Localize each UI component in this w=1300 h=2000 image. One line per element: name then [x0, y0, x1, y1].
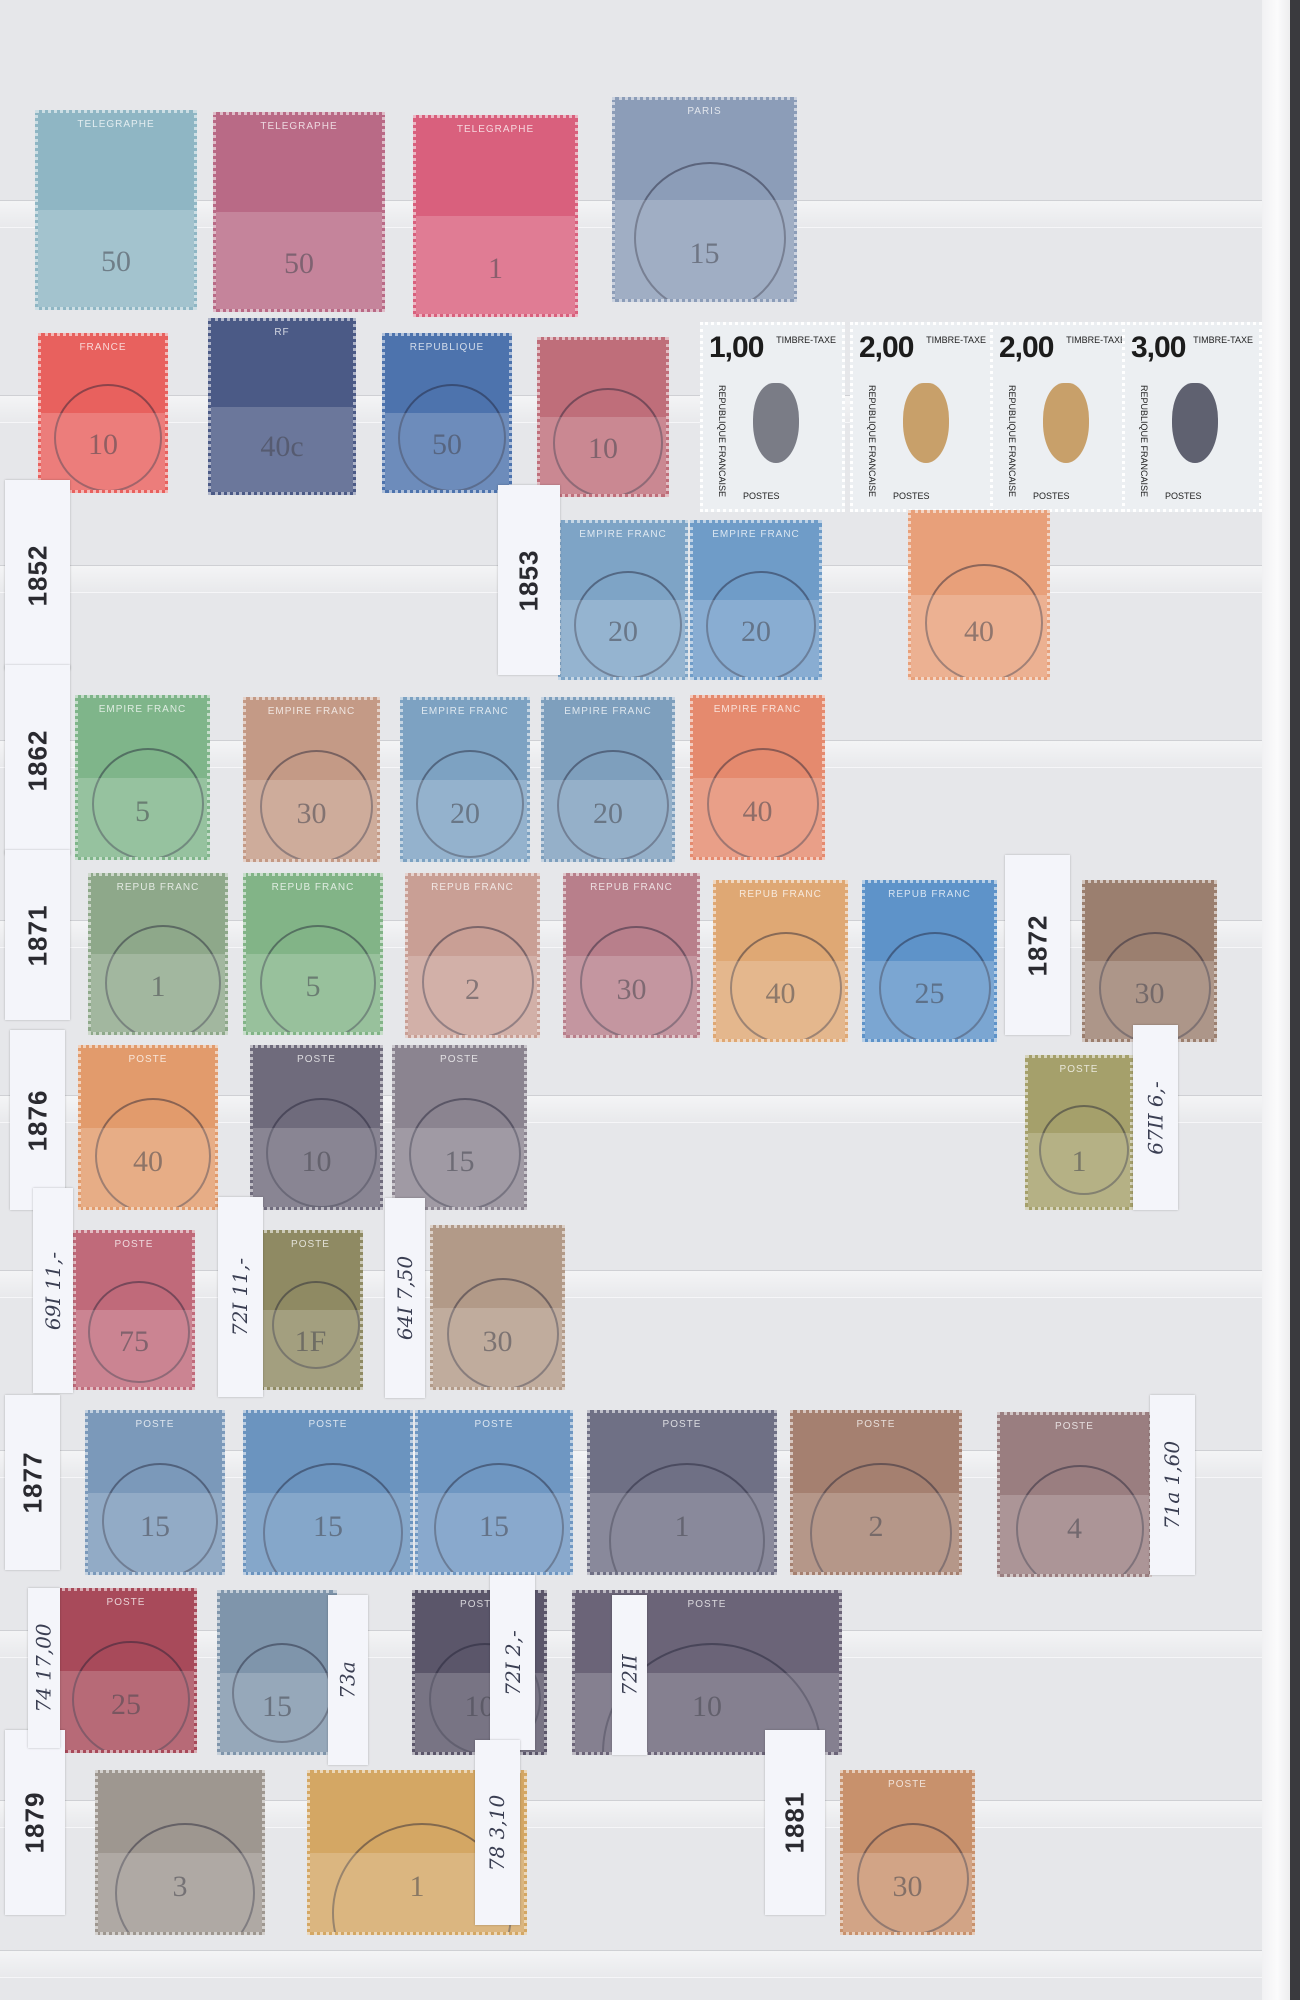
stamp-footer: POSTES: [893, 491, 930, 501]
catalogue-price-label: 64I 7,50: [385, 1198, 425, 1398]
label-text: 72I 11,-: [229, 1258, 253, 1336]
year-text: 1881: [780, 1792, 811, 1854]
stamp-caption: POSTE: [253, 1054, 380, 1065]
stamp-footer: POSTES: [743, 491, 780, 501]
stamp-caption: POSTE: [1000, 1421, 1149, 1432]
catalogue-price-label: 73a: [328, 1595, 368, 1765]
stamp: REPUB FRANC5: [243, 873, 383, 1035]
stamp: EMPIRE FRANC20: [400, 697, 530, 862]
stamp: TELEGRAPHE1: [413, 115, 578, 317]
stamp: POSTE15: [243, 1410, 413, 1575]
stamp: POSTE75: [73, 1230, 195, 1390]
stamp: EMPIRE FRANC40: [690, 695, 825, 860]
stamp: POSTE40: [78, 1045, 218, 1210]
stamp: REPUB FRANC30: [563, 873, 700, 1038]
stamp: POSTE1: [587, 1410, 777, 1575]
year-label-1876: 1876: [10, 1030, 65, 1210]
insect-postage-due-stamp: 3,00 TIMBRE-TAXE REPUBLIQUE FRANCAISE PO…: [1122, 322, 1262, 512]
stamp-country: REPUBLIQUE FRANCAISE: [1139, 385, 1149, 497]
catalogue-price-label: 67II 6,-: [1133, 1025, 1178, 1210]
year-text: 1871: [22, 904, 53, 966]
stamp: EMPIRE FRANC30: [243, 697, 380, 862]
album-binding: [1290, 0, 1300, 2000]
stamp-caption: REPUB FRANC: [865, 889, 994, 900]
year-text: 1879: [20, 1792, 51, 1854]
stamp: FRANCE10: [38, 333, 168, 493]
stamp-footer: POSTES: [1165, 491, 1202, 501]
year-label-1872: 1872: [1005, 855, 1070, 1035]
glassine-strip: [0, 1950, 1262, 1978]
stamp-caption: POSTE: [261, 1239, 360, 1250]
stamp: PARIS15: [612, 97, 797, 302]
beetle-icon: [1172, 383, 1218, 463]
stamp: TELEGRAPHE50: [35, 110, 197, 310]
stamp-caption: EMPIRE FRANC: [544, 706, 672, 717]
stamp: POSTE1F: [258, 1230, 363, 1390]
stamp: EMPIRE FRANC20: [558, 520, 688, 680]
stamp-caption: TELEGRAPHE: [38, 119, 194, 130]
stamp-caption: FRANCE: [41, 342, 165, 353]
stamp-value: 2,00: [999, 331, 1053, 365]
stamp-caption: EMPIRE FRANC: [403, 706, 527, 717]
stamp: TELEGRAPHE50: [213, 112, 385, 312]
stamp-caption: POSTE: [843, 1779, 972, 1790]
stamp-footer: POSTES: [1033, 491, 1070, 501]
stamp: 10: [537, 337, 669, 497]
stamp: POSTE2: [790, 1410, 962, 1575]
stamp: 40: [908, 510, 1050, 680]
year-label-1853: 1853: [498, 485, 560, 675]
stamp-caption: REPUB FRANC: [716, 889, 845, 900]
stamp-header: TIMBRE-TAXE: [926, 335, 986, 345]
label-text: 64I 7,50: [393, 1256, 417, 1340]
stamp-caption: TELEGRAPHE: [416, 124, 575, 135]
stamp: RF40c: [208, 318, 356, 495]
year-text: 1852: [22, 544, 53, 606]
label-text: 78 3,10: [486, 1794, 510, 1870]
catalogue-price-label: 71a 1,60: [1150, 1395, 1195, 1575]
stamp-caption: EMPIRE FRANC: [561, 529, 685, 540]
catalogue-price-label: 72I 2,-: [490, 1575, 535, 1750]
year-label-1871: 1871: [5, 850, 70, 1020]
year-label-1879: 1879: [5, 1730, 65, 1915]
stamp: POSTE15: [392, 1045, 527, 1210]
label-text: 67II 6,-: [1144, 1081, 1168, 1154]
stamp: POSTE4: [997, 1412, 1152, 1577]
stamp-header: TIMBRE-TAXE: [1066, 335, 1126, 345]
year-text: 1862: [22, 729, 53, 791]
label-text: 71a 1,60: [1161, 1441, 1185, 1529]
stamp-caption: POSTE: [793, 1419, 959, 1430]
stamp-country: REPUBLIQUE FRANCAISE: [867, 385, 877, 497]
insect-postage-due-stamp: 2,00 TIMBRE-TAXE REPUBLIQUE FRANCAISE PO…: [990, 322, 1135, 512]
label-text: 74 17,00: [32, 1623, 56, 1712]
catalogue-price-label: 78 3,10: [475, 1740, 520, 1925]
stamp-caption: POSTE: [88, 1419, 222, 1430]
stamp-caption: POSTE: [590, 1419, 774, 1430]
stamp: REPUB FRANC40: [713, 880, 848, 1042]
year-text: 1877: [17, 1452, 48, 1514]
stamp: EMPIRE FRANC20: [690, 520, 822, 680]
stamp-header: TIMBRE-TAXE: [1193, 335, 1253, 345]
label-text: 72I 2,-: [501, 1630, 525, 1696]
stamp-caption: REPUBLIQUE: [385, 342, 509, 353]
stamp-header: TIMBRE-TAXE: [776, 335, 836, 345]
stamp-caption: POSTE: [395, 1054, 524, 1065]
year-text: 1853: [514, 549, 545, 611]
catalogue-price-label: 72II: [612, 1595, 647, 1755]
stamp: REPUB FRANC25: [862, 880, 997, 1042]
stamp: REPUB FRANC2: [405, 873, 540, 1038]
stamp-value: 1,00: [709, 331, 763, 365]
stamp-caption: POSTE: [76, 1239, 192, 1250]
stamp-caption: TELEGRAPHE: [216, 121, 382, 132]
stamp-country: REPUBLIQUE FRANCAISE: [717, 385, 727, 497]
stamp-caption: POSTE: [81, 1054, 215, 1065]
stamp: 30: [1082, 880, 1217, 1042]
year-label-1877: 1877: [5, 1395, 60, 1570]
stamp: EMPIRE FRANC5: [75, 695, 210, 860]
stamp-caption: EMPIRE FRANC: [78, 704, 207, 715]
stamp-caption: RF: [211, 327, 353, 338]
year-text: 1876: [22, 1089, 53, 1151]
year-label-1852: 1852: [5, 480, 70, 670]
beetle-icon: [753, 383, 799, 463]
stamp-value: 3,00: [1131, 331, 1185, 365]
stamp-caption: POSTE: [58, 1597, 194, 1608]
year-label-1881: 1881: [765, 1730, 825, 1915]
label-text: 73a: [336, 1661, 360, 1698]
stamp: POSTE15: [85, 1410, 225, 1575]
stamp-caption: EMPIRE FRANC: [693, 704, 822, 715]
stamp: POSTE15: [415, 1410, 573, 1575]
beetle-icon: [1043, 383, 1089, 463]
stamp: 15: [217, 1590, 337, 1755]
stamp-caption: POSTE: [418, 1419, 570, 1430]
stamp-country: REPUBLIQUE FRANCAISE: [1007, 385, 1017, 497]
label-text: 69I 11,-: [41, 1251, 65, 1329]
stamp-value: 2,00: [859, 331, 913, 365]
beetle-icon: [903, 383, 949, 463]
label-text: 72II: [618, 1654, 642, 1695]
stamp-caption: EMPIRE FRANC: [246, 706, 377, 717]
stamp-caption: REPUB FRANC: [408, 882, 537, 893]
stamp: REPUB FRANC1: [88, 873, 228, 1035]
stamp: 3: [95, 1770, 265, 1935]
stamp: EMPIRE FRANC20: [541, 697, 675, 862]
stamp-caption: REPUB FRANC: [246, 882, 380, 893]
year-text: 1872: [1022, 914, 1053, 976]
stamp: POSTE1: [1025, 1055, 1133, 1210]
stamp-caption: EMPIRE FRANC: [693, 529, 819, 540]
stamp-caption: REPUB FRANC: [566, 882, 697, 893]
catalogue-price-label: 72I 11,-: [218, 1197, 263, 1397]
stamp: POSTE30: [840, 1770, 975, 1935]
stamp-caption: POSTE: [1028, 1064, 1130, 1075]
stamp-caption: REPUB FRANC: [91, 882, 225, 893]
year-label-1862: 1862: [5, 665, 70, 855]
stamp: POSTE25: [55, 1588, 197, 1753]
stamp-caption: POSTE: [246, 1419, 410, 1430]
catalogue-price-label: 74 17,00: [28, 1588, 60, 1748]
insect-postage-due-stamp: 2,00 TIMBRE-TAXE REPUBLIQUE FRANCAISE PO…: [850, 322, 995, 512]
stamp: 30: [430, 1225, 565, 1390]
stamp: REPUBLIQUE50: [382, 333, 512, 493]
stamp-caption: PARIS: [615, 106, 794, 117]
insect-postage-due-stamp: 1,00 TIMBRE-TAXE REPUBLIQUE FRANCAISE PO…: [700, 322, 845, 512]
stamp: POSTE10: [250, 1045, 383, 1210]
catalogue-price-label: 69I 11,-: [33, 1188, 73, 1393]
